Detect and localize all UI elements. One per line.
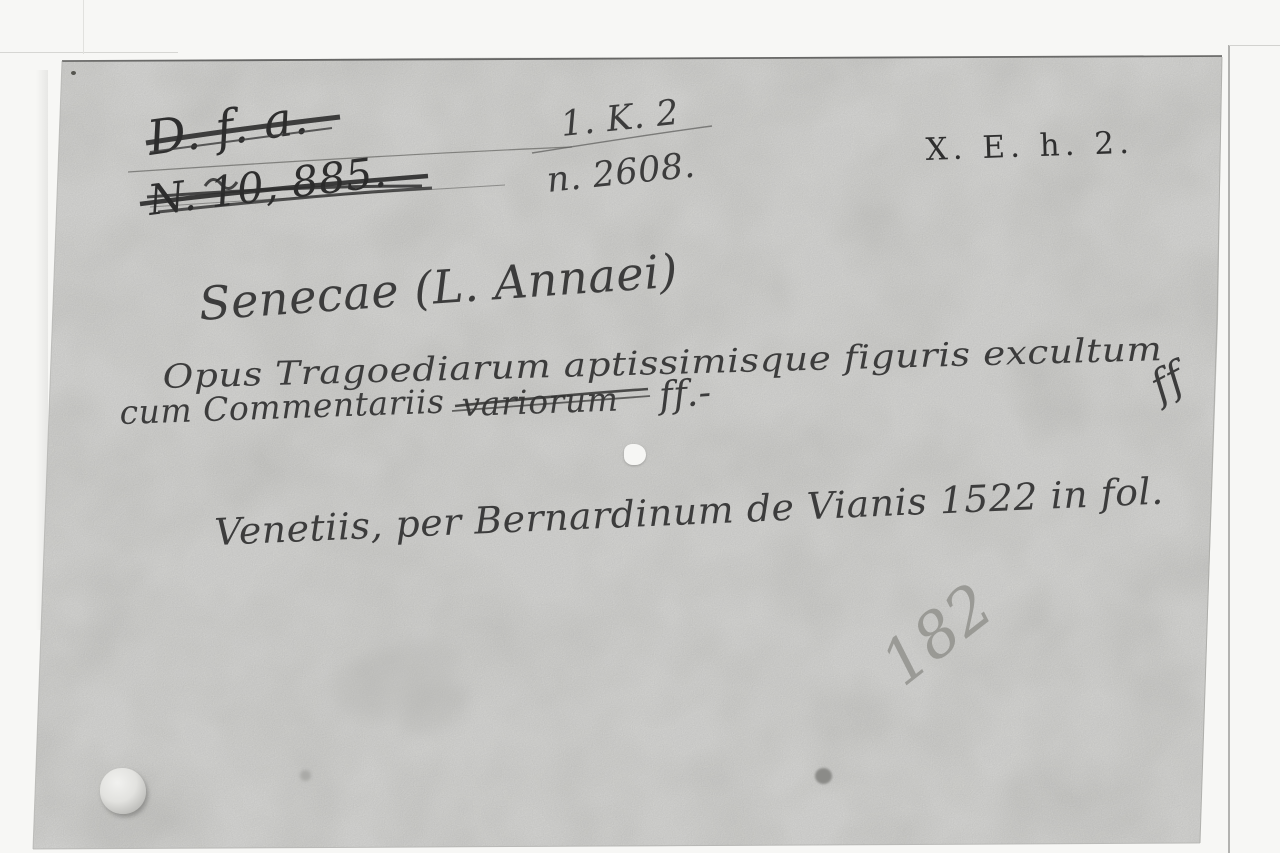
scanned-catalog-card-photo: D. f. a. N. 10, 885. 1. K. 2 n. 2608. X.… (0, 0, 1280, 853)
card-bottom-edge (33, 843, 1200, 849)
card-left-edge (33, 61, 62, 849)
corner-shelfmark: X. E. h. 2. (925, 125, 1135, 168)
imprint-line: Venetiis, per Bernardinum de Vianis 1522… (214, 470, 1165, 554)
cancelled-shelfmark-line1: D. f. a. (143, 89, 312, 167)
center-shelfmark-line2: n. 2608. (545, 146, 697, 201)
author-heading: Senecae (L. Annaei) (197, 244, 680, 331)
pencil-number: 182 (867, 569, 1006, 700)
title-line2-end: ff.- (655, 370, 713, 417)
card-right-edge (1200, 57, 1222, 843)
handwriting-layer: D. f. a. N. 10, 885. 1. K. 2 n. 2608. X.… (0, 0, 1280, 853)
center-shelfmark-line1: 1. K. 2 (559, 93, 681, 145)
card-top-edge (62, 56, 1222, 61)
